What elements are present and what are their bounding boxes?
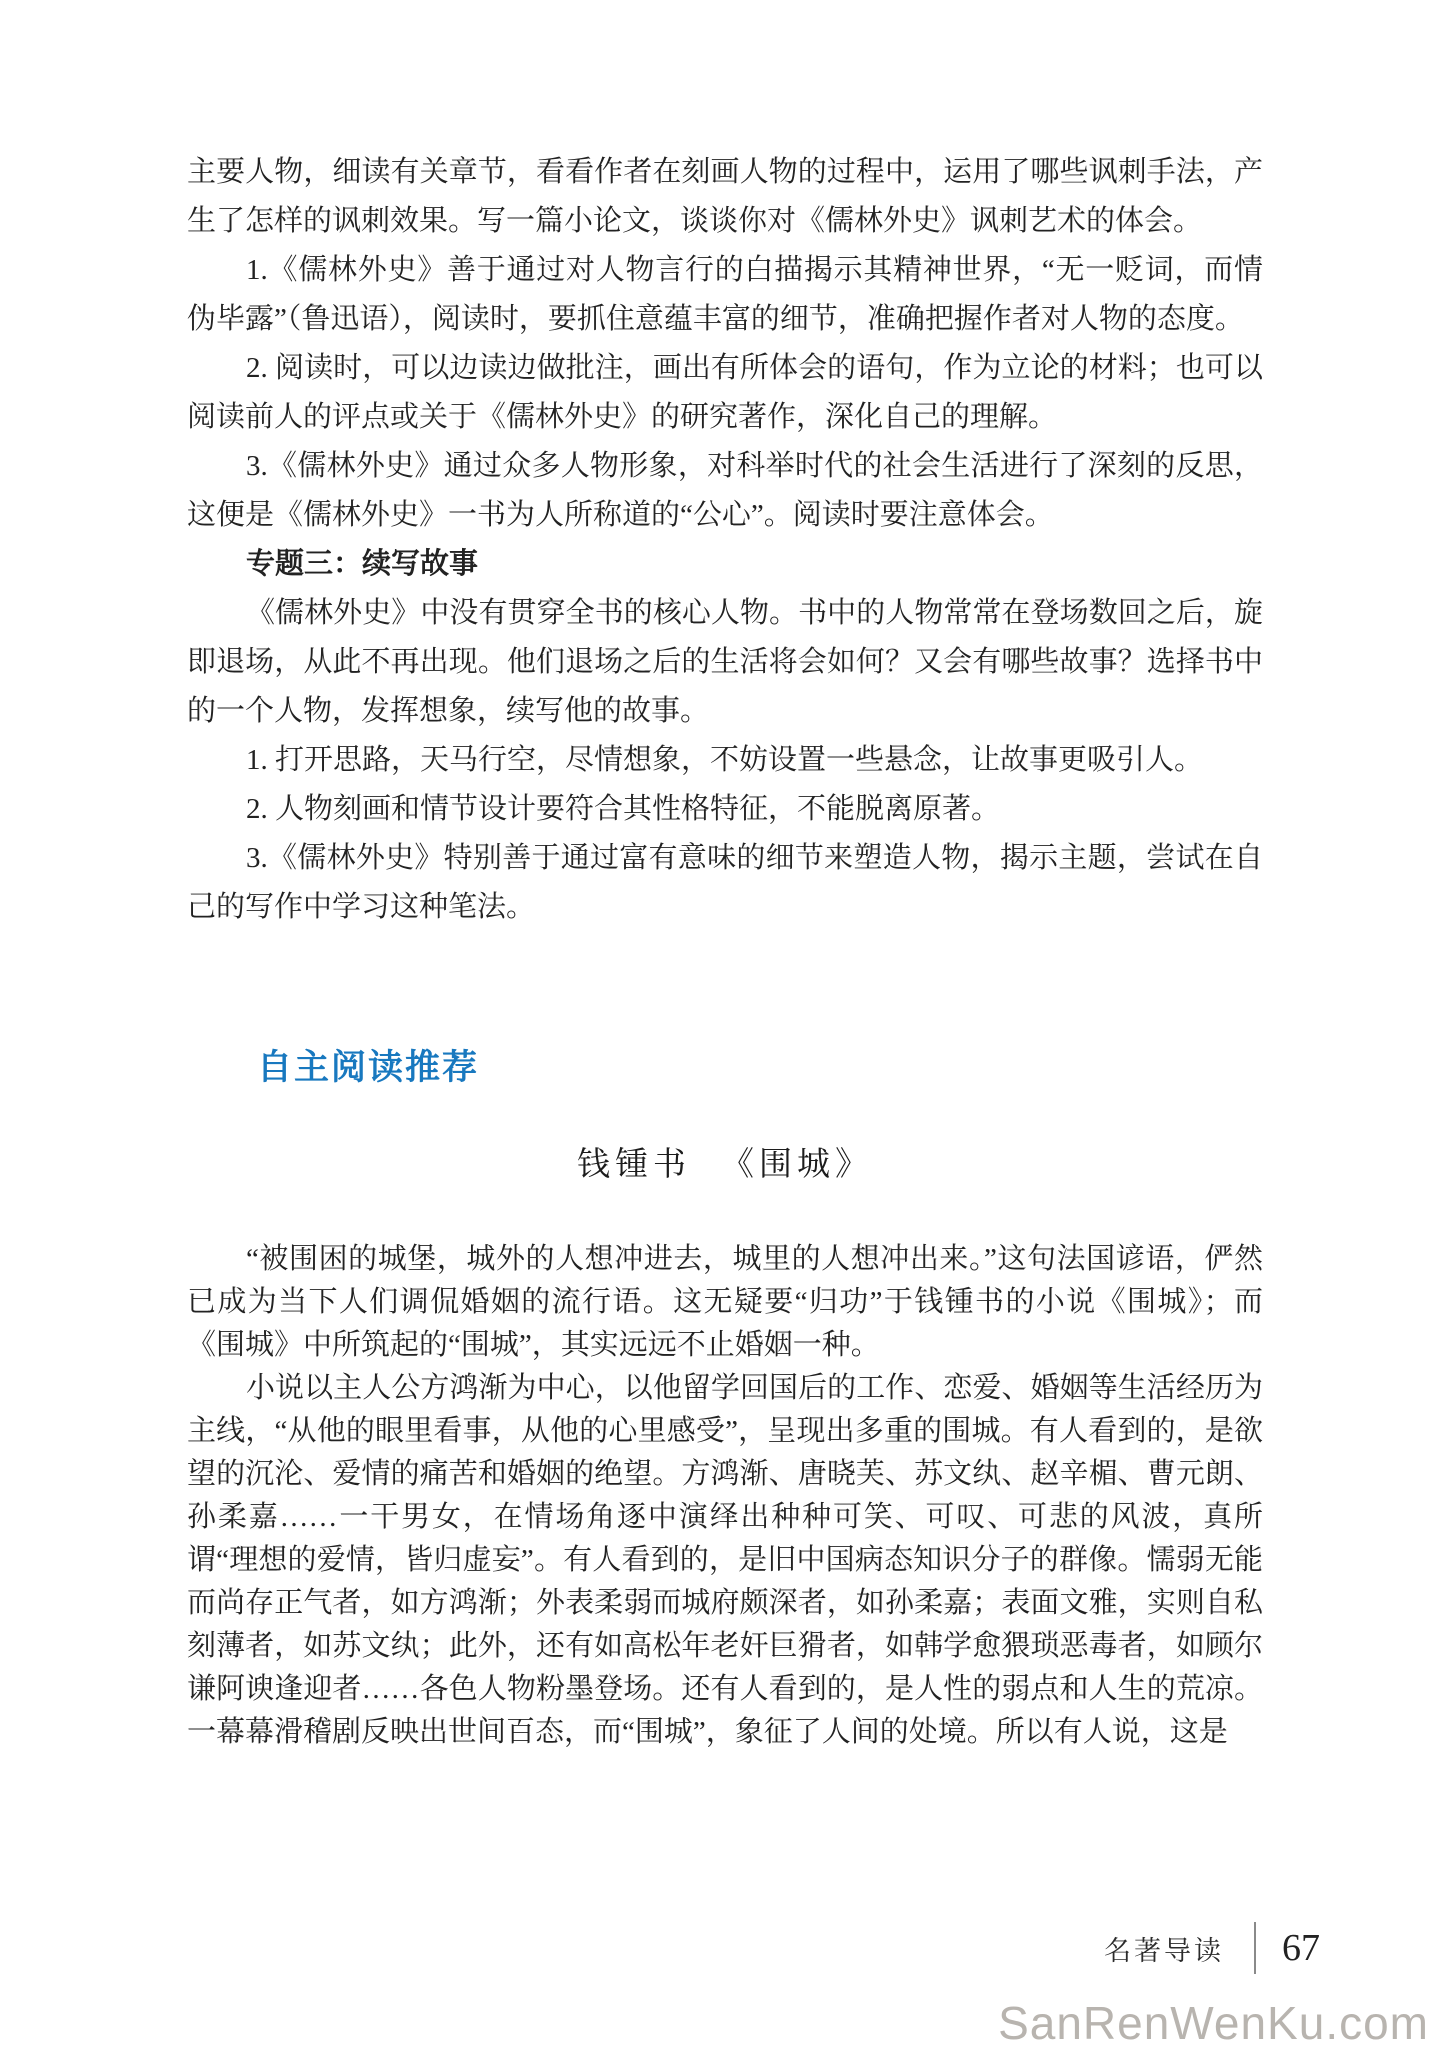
footer-page-number: 67 bbox=[1282, 1926, 1320, 1970]
paragraph: 1. 打开思路，天马行空，尽情想象，不妨设置一些悬念，让故事更吸引人。 bbox=[187, 736, 1263, 785]
topic-heading: 专题三：续写故事 bbox=[187, 540, 1263, 589]
footer-section-label: 名著导读 bbox=[1104, 1929, 1224, 1968]
paragraph: 1.《儒林外史》善于通过对人物言行的白描揭示其精神世界，“无一贬词，而情伪毕露”… bbox=[187, 246, 1263, 344]
book-title: 《围城》 bbox=[721, 1147, 873, 1183]
paragraph: 《儒林外史》中没有贯穿全书的核心人物。书中的人物常常在登场数回之后，旋即退场，从… bbox=[187, 589, 1263, 736]
recommendation-text-block: “被围困的城堡，城外的人想冲进去，城里的人想冲出来。”这句法国谚语，俨然已成为当… bbox=[187, 1238, 1263, 1754]
book-author: 钱锺书 bbox=[577, 1147, 691, 1183]
main-text-block: 主要人物，细读有关章节，看看作者在刻画人物的过程中，运用了哪些讽刺手法，产生了怎… bbox=[187, 148, 1263, 932]
paragraph: 3.《儒林外史》特别善于通过富有意味的细节来塑造人物，揭示主题，尝试在自己的写作… bbox=[187, 834, 1263, 932]
paragraph: 主要人物，细读有关章节，看看作者在刻画人物的过程中，运用了哪些讽刺手法，产生了怎… bbox=[187, 148, 1263, 246]
paragraph: 3.《儒林外史》通过众多人物形象，对科举时代的社会生活进行了深刻的反思，这便是《… bbox=[187, 442, 1263, 540]
textbook-page: 主要人物，细读有关章节，看看作者在刻画人物的过程中，运用了哪些讽刺手法，产生了怎… bbox=[0, 0, 1449, 2047]
watermark: SanRenWenKu.com bbox=[998, 1996, 1429, 2047]
paragraph: 2. 人物刻画和情节设计要符合其性格特征，不能脱离原著。 bbox=[187, 785, 1263, 834]
book-title-row: 钱锺书《围城》 bbox=[187, 1138, 1263, 1185]
paragraph: 2. 阅读时，可以边读边做批注，画出有所体会的语句，作为立论的材料；也可以阅读前… bbox=[187, 344, 1263, 442]
footer-divider bbox=[1254, 1922, 1256, 1974]
section-heading: 自主阅读推荐 bbox=[257, 1040, 479, 1090]
page-footer: 名著导读 67 bbox=[1104, 1922, 1320, 1974]
paragraph: 小说以主人公方鸿渐为中心，以他留学回国后的工作、恋爱、婚姻等生活经历为主线，“从… bbox=[187, 1367, 1263, 1754]
paragraph: “被围困的城堡，城外的人想冲进去，城里的人想冲出来。”这句法国谚语，俨然已成为当… bbox=[187, 1238, 1263, 1367]
